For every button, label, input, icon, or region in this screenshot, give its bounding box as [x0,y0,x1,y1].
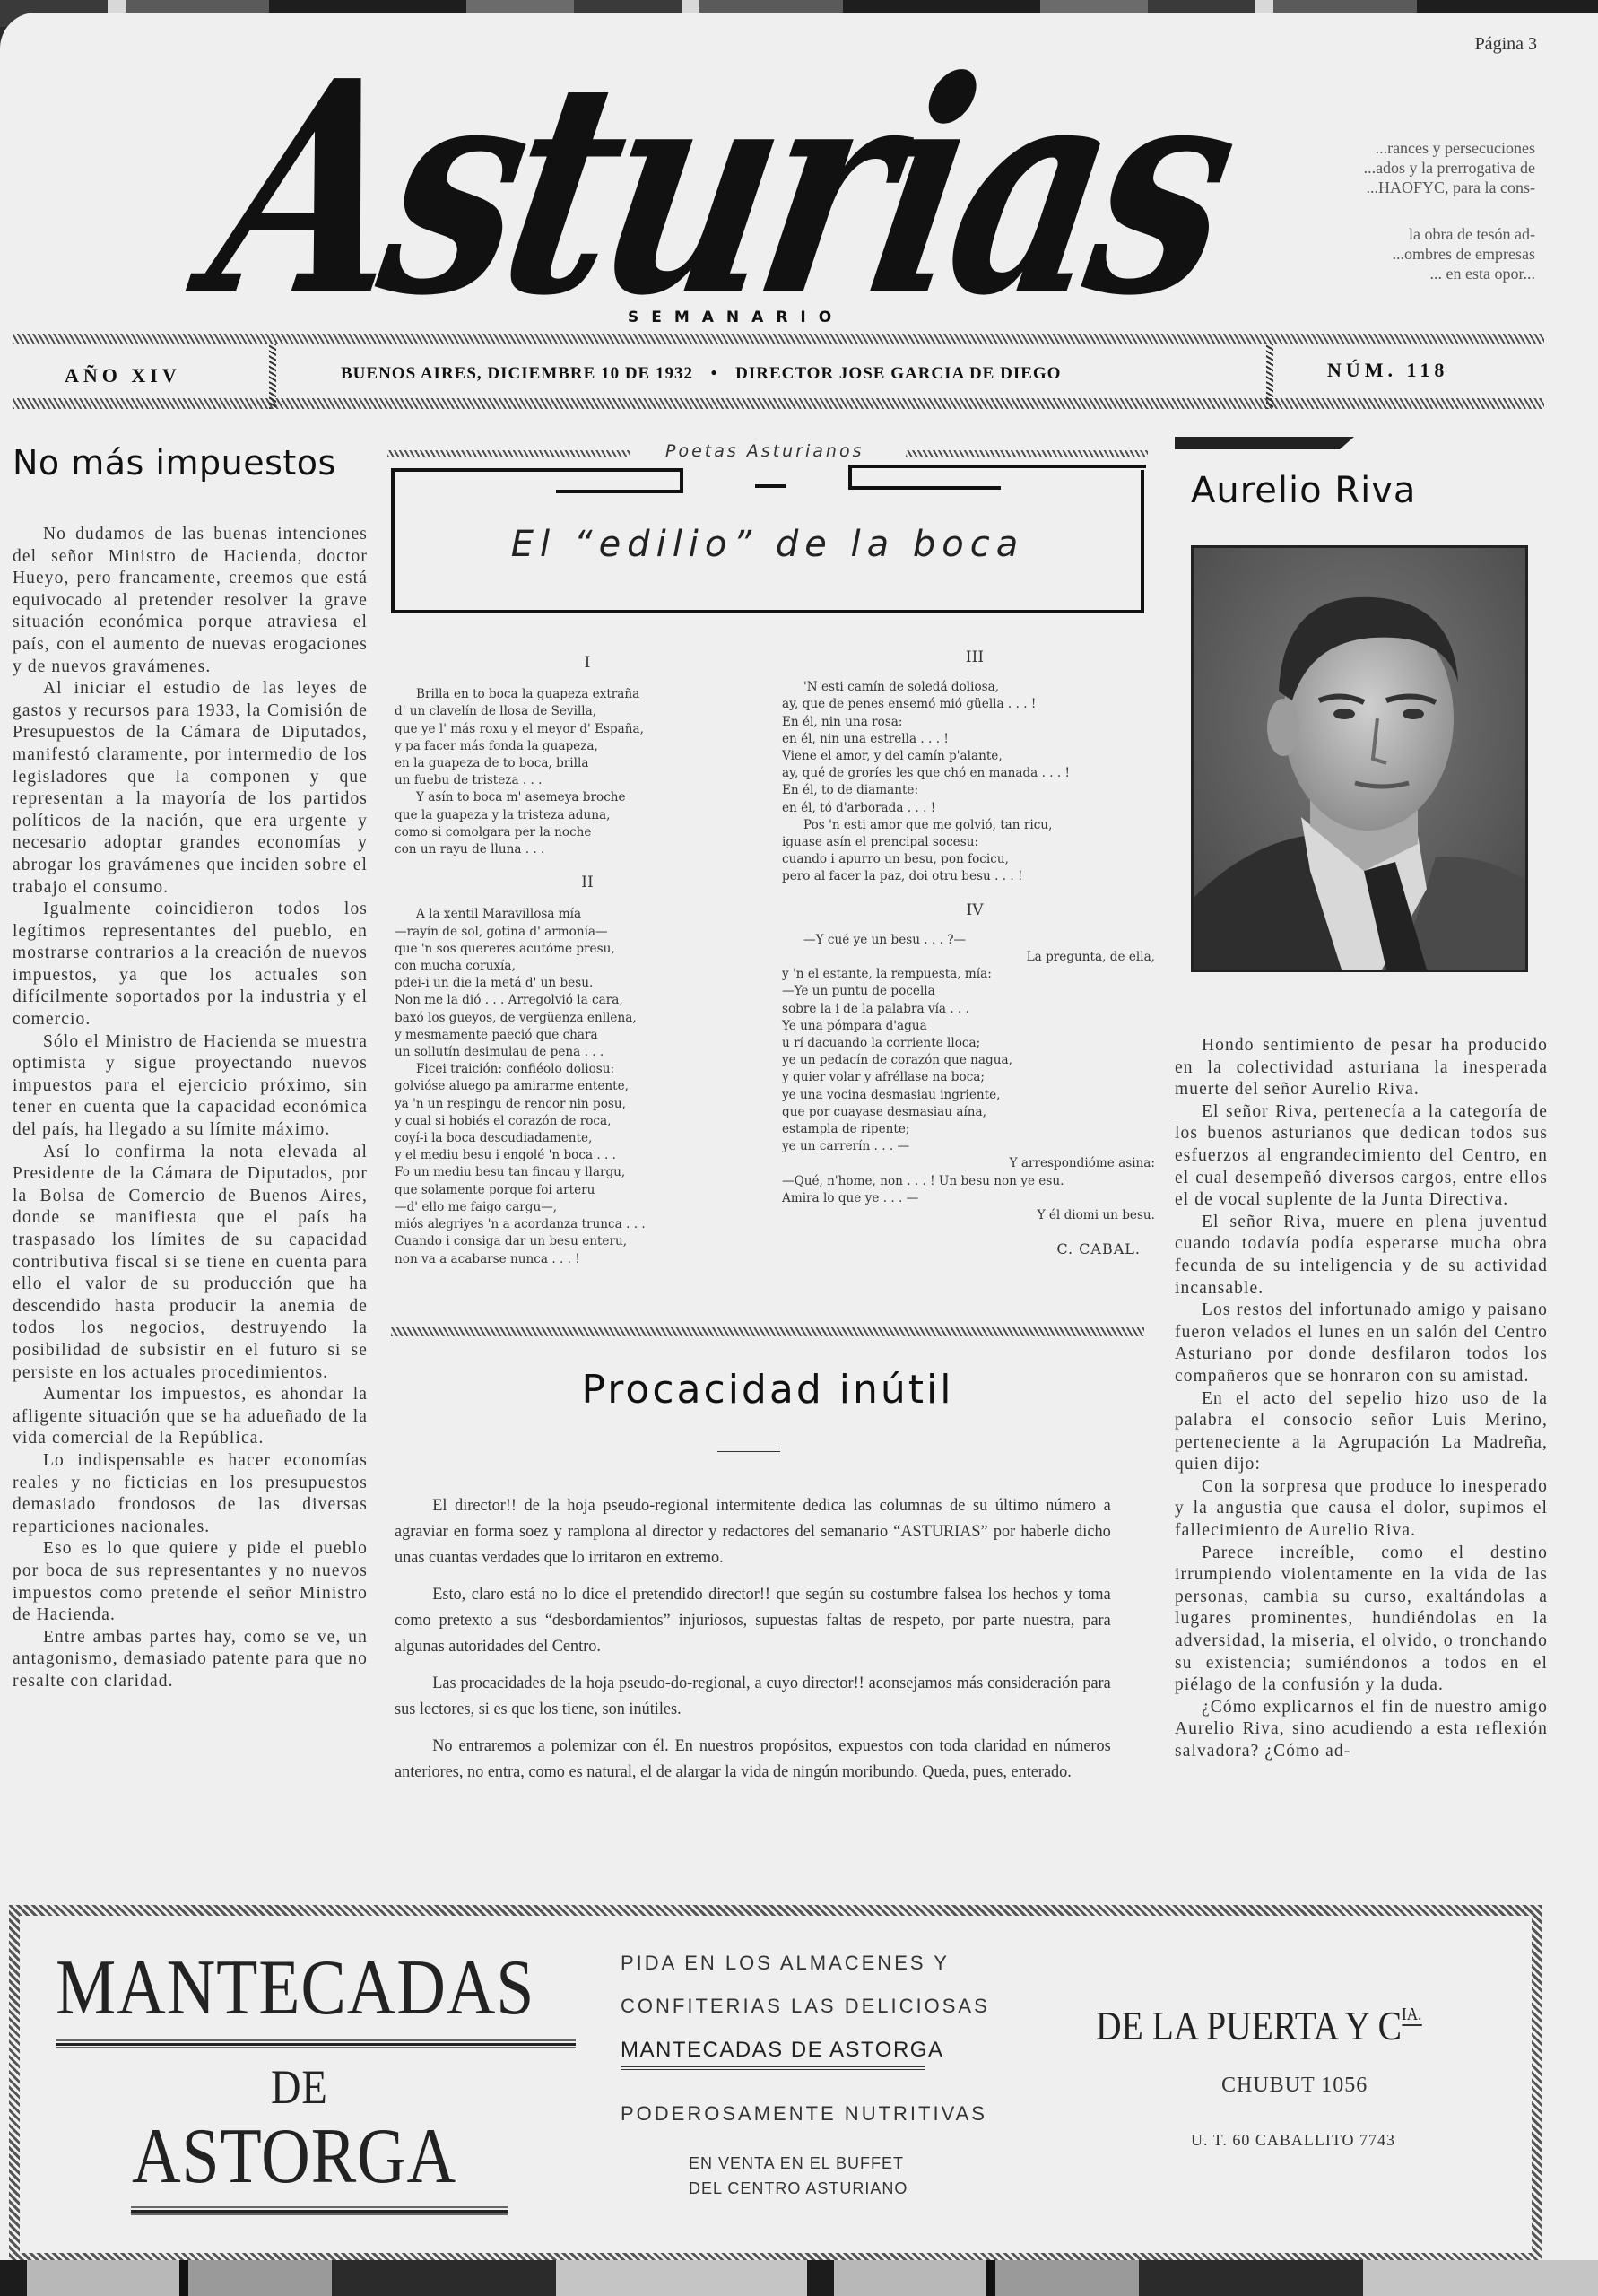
poem-title: El “edilio” de la boca [391,524,1144,565]
poem-line: como si comolgara per la noche [395,824,780,841]
poem-line: —d' ello me faigo cargu—, [395,1199,780,1216]
stanza: 'N esti camín de soledá doliosa,ay, que … [782,679,1168,885]
bleed-through-text: la obra de tesón ad- ...ombres de empres… [1320,224,1535,283]
poem-line: con un rayu de lluna . . . [395,841,780,858]
advertisement-mantecadas: MANTECADAS DE ASTORGA PIDA EN LOS ALMACE… [9,1905,1542,2264]
section-label: Poetas Asturianos [665,441,864,461]
poem-line: Ficei traición: confiéolo doliosu: [395,1061,780,1078]
paragraph: Entre ambas partes hay, como se ve, un a… [13,1627,368,1693]
poem-line: que la guapeza y la tristeza aduna, [395,807,780,824]
ad-copy-line: PODEROSAMENTE NUTRITIVAS [621,2102,925,2126]
bleed-through-text: ...rances y persecuciones ...ados y la p… [1320,138,1535,197]
paragraph: Los restos del infortunado amigo y paisa… [1175,1300,1548,1387]
ad-brand-line: DE [271,2059,328,2115]
stanza-number: III [782,649,1168,666]
article-headline: Aurelio Riva [1191,470,1416,511]
poem-line: ye un pedacín de corazón que nagua, [782,1052,1168,1069]
paragraph: Sólo el Ministro de Hacienda se muestra … [13,1031,368,1142]
poem-line: Y él diomi un besu. [782,1207,1168,1224]
poem-line: que solamente porque foi arteru [395,1182,780,1199]
poem-line: pero al facer la paz, doi otru besu . . … [782,868,1168,885]
poem-line: con mucha coruxía, [395,958,780,975]
paragraph: Lo indispensable es hacer economías real… [13,1450,368,1538]
paragraph: Parece increíble, como el destino irrump… [1175,1543,1548,1697]
ad-brand-line: MANTECADAS [56,1943,534,2033]
poem-line: —Ye un puntu de pocella [782,983,1168,1000]
poem-line: u rí dacuando la corriente lloca; [782,1035,1168,1052]
poem-line: en la guapeza de to boca, brilla [395,755,780,772]
poem-line: ya 'n un respingu de rencor nin posu, [395,1096,780,1113]
poem-line: baxó los gueyos, de vergüenza enllena, [395,1010,780,1027]
poem-line: pdei-i un die la metá d' un besu. [395,975,780,992]
ad-company: DE LA PUERTA Y CIA. [1096,2002,1421,2049]
director-text: DIRECTOR JOSE GARCIA DE DIEGO [735,364,1061,383]
poem-line: ay, qué de groríes les que chó en manada… [782,765,1168,782]
poem-line: que por cuayase desmasiau aína, [782,1104,1168,1121]
poem-column-right: III 'N esti camín de soledá doliosa,ay, … [782,649,1168,1258]
poem-line: Cuando i consiga dar un besu enteru, [395,1233,780,1250]
stanza: Brilla en to boca la guapeza extrañad' u… [395,686,780,858]
paragraph: En el acto del sepelio hizo uso de la pa… [1175,1388,1548,1476]
poem-line: un fuebu de tristeza . . . [395,772,780,789]
portrait-photo [1191,545,1528,972]
bullet-icon: • [711,364,718,383]
poem-line: non va a acabarse nunca . . . ! [395,1251,780,1268]
poem-line: Pos 'n esti amor que me golvió, tan ricu… [782,817,1168,834]
ad-company-sup: IA. [1402,2005,1421,2026]
ad-phone: U. T. 60 CABALLITO 7743 [1191,2131,1395,2150]
poem-line: En él, nin una rosa: [782,714,1168,731]
ad-address: CHUBUT 1056 [1221,2074,1368,2098]
stanza: —Y cué ye un besu . . . ?—La pregunta, d… [782,932,1168,1224]
poem-line: d' un clavelín de llosa de Sevilla, [395,703,780,720]
article-headline: Procacidad inútil [391,1367,1144,1413]
ad-rule [131,2206,508,2215]
section-bar [1175,437,1354,449]
ad-brand-line: ASTORGA [132,2111,456,2202]
stanza: A la xentil Maravillosa mía—rayín de sol… [395,906,780,1267]
paragraph: El señor Riva, muere en plena juventud c… [1175,1212,1548,1300]
frame-notch [556,468,683,493]
ad-copy-line: EN VENTA EN EL BUFFET [689,2154,994,2173]
article-no-mas-impuestos: No más impuestos No dudamos de las buena… [13,443,368,1692]
poem-line: golvióse aluego pa amirarme entente, [395,1078,780,1095]
frame-dash [755,484,786,488]
poem-line: y 'n el estante, la rempuesta, mía: [782,966,1168,983]
ad-copy-line: MANTECADAS DE ASTORGA [621,2038,925,2070]
article-riva-body: Hondo sentimiento de pesar ha producido … [1175,1035,1548,1763]
stanza-number: IV [782,902,1168,919]
poem-line: en él, nin una estrella . . . ! [782,731,1168,748]
poem-line: Fo un mediu besu tan fincau y llargu, [395,1164,780,1181]
poem-line: Viene el amor, y del camín p'alante, [782,748,1168,765]
paragraph: ¿Cómo explicarnos el fin de nuestro amig… [1175,1697,1548,1763]
issue-number: NÚM. 118 [1327,359,1448,382]
poem-signature: C. CABAL. [782,1240,1168,1257]
dateline: BUENOS AIRES, DICIEMBRE 10 DE 1932 • DIR… [341,364,1061,384]
poem-line: Brilla en to boca la guapeza extraña [395,686,780,703]
poem-line: y mesmamente paeció que chara [395,1027,780,1044]
ornamental-rule [13,398,1544,409]
background-strip-bottom [0,2260,1598,2296]
poem-line: en él, tó d'arborada . . . ! [782,800,1168,817]
ornamental-rule [13,334,1544,344]
poem-line: Ye una pómpara d'agua [782,1018,1168,1035]
ad-copy-line: DEL CENTRO ASTURIANO [689,2179,994,2198]
poem-line: y pa facer más fonda la guapeza, [395,738,780,755]
paragraph: El director!! de la hoja pseudo-regional… [395,1492,1111,1570]
poem-line: A la xentil Maravillosa mía [395,906,780,923]
paragraph: Igualmente coincidieron todos los legíti… [13,899,368,1031]
paragraph: Esto, claro está no lo dice el pretendid… [395,1581,1111,1659]
poem-line: coyí-i la boca descudiadamente, [395,1130,780,1147]
ornamental-rule [387,450,630,457]
poem-line: Non me la dió . . . Arregolvió la cara, [395,992,780,1009]
poem-line: ye una vocina desmasiau ingriente, [782,1087,1168,1104]
poem-line: 'N esti camín de soledá doliosa, [782,679,1168,696]
poem-line: estampla de ripente; [782,1121,1168,1138]
paragraph: Las procacidades de la hoja pseudo-do-re… [395,1670,1111,1722]
ornamental-rule [906,450,1148,457]
poem-line: Amira lo que ye . . . — [782,1190,1168,1207]
ad-rule [56,2039,576,2048]
year-label: AÑO XIV [65,364,181,387]
ad-copy-line: CONFITERIAS LAS DELICIOSAS [621,1995,925,2018]
poem-line: y cual si hobiés el corazón de roca, [395,1113,780,1130]
paragraph: Al iniciar el estudio de las leyes de ga… [13,678,368,899]
paragraph: Así lo confirma la nota elevada al Presi… [13,1142,368,1385]
portrait-image [1194,548,1525,970]
poem-line: miós alegriyes 'n a acordanza trunca . .… [395,1216,780,1233]
masthead-subtitle: SEMANARIO [628,309,844,326]
poem-line: y quier volar y afréllase na boca; [782,1069,1168,1086]
paragraph: Eso es lo que quiere y pide el pueblo po… [13,1538,368,1626]
paragraph: No dudamos de las buenas intenciones del… [13,524,368,678]
newspaper-page: Página 3 Asturias SEMANARIO ...rances y … [0,13,1598,2273]
stanza-number: II [395,874,780,891]
poem-line: —Qué, n'home, non . . . ! Un besu non ye… [782,1173,1168,1190]
page-number: Página 3 [1475,34,1537,55]
ornamental-rule [391,1327,1144,1336]
ad-copy-line: PIDA EN LOS ALMACENES Y [621,1952,925,1975]
poem-column-left: I Brilla en to boca la guapeza extrañad'… [395,655,780,1268]
paragraph: Aumentar los impuestos, es ahondar la af… [13,1384,368,1450]
paragraph: El señor Riva, pertenecía a la categoría… [1175,1101,1548,1212]
poem-line: —Y cué ye un besu . . . ?— [782,932,1168,949]
article-headline: No más impuestos [13,443,368,483]
poem-line: y el mediu besu i engolé 'n boca . . . [395,1147,780,1164]
paragraph: Hondo sentimiento de pesar ha producido … [1175,1035,1548,1101]
poem-line: un sollutín desimulau de pena . . . [395,1044,780,1061]
paragraph: Con la sorpresa que produce lo inesperad… [1175,1476,1548,1543]
headline-rule [717,1448,780,1452]
frame-notch [848,465,1001,490]
date-text: BUENOS AIRES, DICIEMBRE 10 DE 1932 [341,364,693,383]
poem-line: ay, que de penes ensemó mió güella . . .… [782,696,1168,713]
poem-line: —rayín de sol, gotina d' armonía— [395,924,780,941]
stanza-number: I [395,655,780,672]
poem-line: iguase asín el prencipal socesu: [782,834,1168,851]
article-procacidad-body: El director!! de la hoja pseudo-regional… [395,1492,1141,1796]
poem-line: sobre la i de la palabra vía . . . [782,1001,1168,1018]
ad-company-name: DE LA PUERTA Y C [1096,2003,1402,2048]
poem-line: En él, to de diamante: [782,782,1168,799]
poem-line: La pregunta, de ella, [782,949,1168,966]
article-body: No dudamos de las buenas intenciones del… [13,524,368,1692]
poem-line: Y asín to boca m' asemeya broche [395,789,780,806]
poem-line: cuando i apurro un besu, pon focicu, [782,851,1168,868]
poem-line: ye un carrerín . . . — [782,1138,1168,1155]
paragraph: No entraremos a polemizar con él. En nue… [395,1733,1111,1785]
poem-line: que ye l' más roxu y el meyor d' España, [395,721,780,738]
poem-line: Y arrespondióme asina: [782,1155,1168,1172]
poem-line: que 'n sos quereres acutóme presu, [395,941,780,958]
